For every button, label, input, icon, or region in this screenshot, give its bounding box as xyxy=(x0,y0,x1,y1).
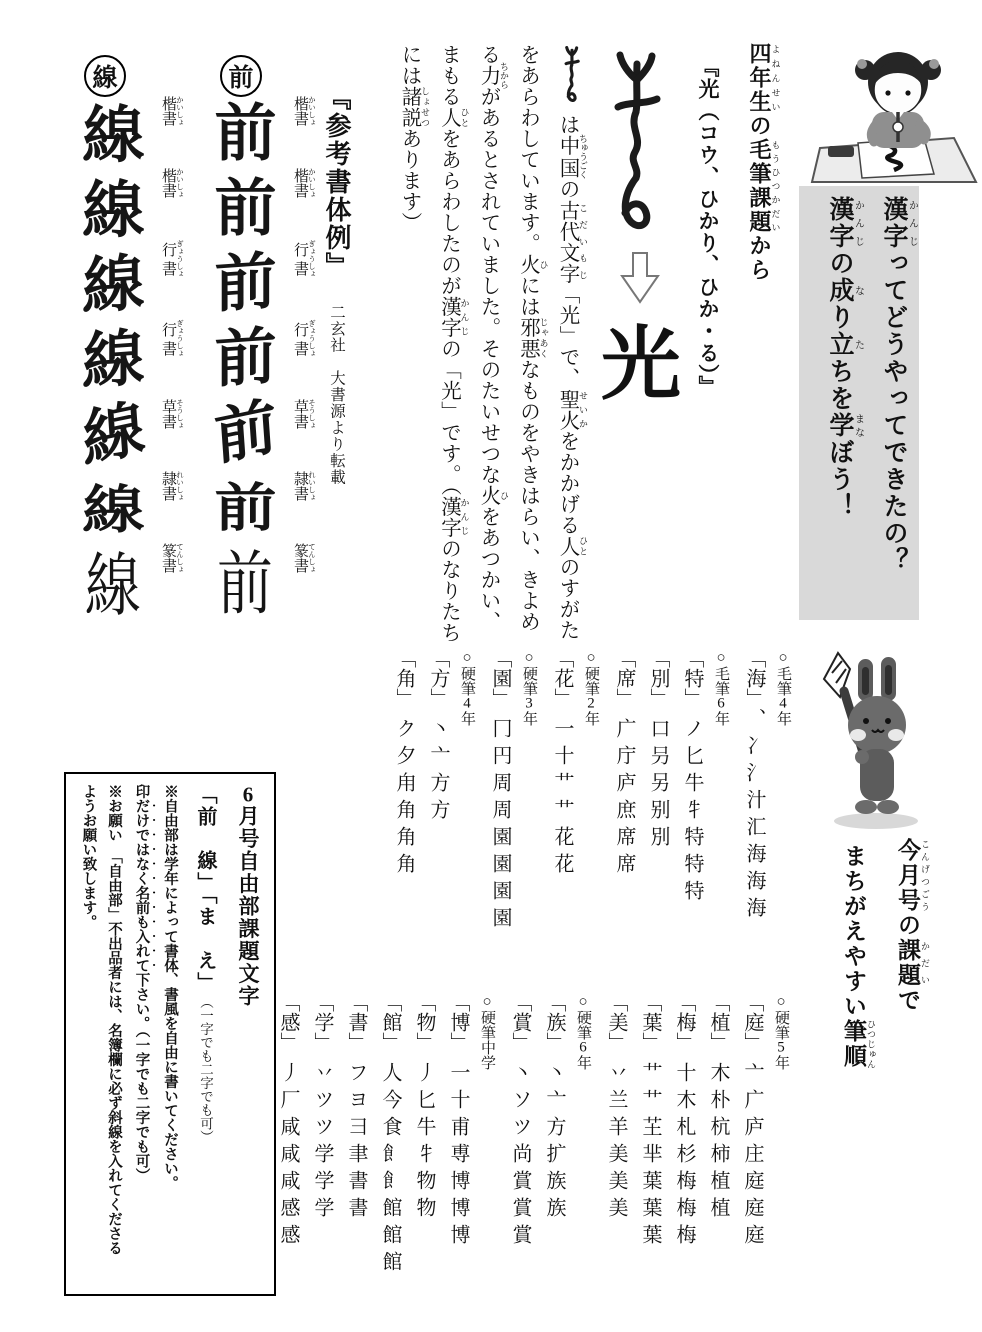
stroke-order-steps: 丷兰羊美美美 xyxy=(605,1062,627,1224)
main-headline-banner: 漢字かんじってどうやってできたの？ 漢字かんじの成なり立たちを学まなぼう！ xyxy=(799,186,919,620)
stroke-order-column: 「海」、冫氵汁汇海海海 xyxy=(738,648,770,998)
script-style-label: 楷書かいしょ xyxy=(292,168,308,198)
text-run: の xyxy=(747,114,772,138)
target-kanji: 「館」 xyxy=(379,992,401,1052)
circled-kanji-mae: 前 xyxy=(220,55,262,97)
stroke-order-column: 「庭」亠广庐庄庭庭庭 xyxy=(736,992,768,1332)
calligraphy-sample: 前 xyxy=(197,546,282,615)
assignment-kanji-title: 『光（コウ、ひかり、ひか・る）』 xyxy=(690,56,724,436)
stroke-order-steps: 丿厂咸咸咸感感 xyxy=(277,1062,299,1251)
stroke-order-column: 「特」ノ匕牛牜特特特 xyxy=(676,648,708,998)
oracle-bone-glyph-inline xyxy=(559,46,585,108)
ruby-text: 漢字かんじ xyxy=(826,196,854,250)
text-run: あります） xyxy=(398,128,420,233)
stroke-order-steps: ノ匕牛牜特特特 xyxy=(681,718,703,907)
grade-level-label: ○硬筆4年 xyxy=(456,650,478,998)
ruby-text: 立た xyxy=(826,331,854,358)
target-kanji: 「美」 xyxy=(605,992,627,1052)
calligraphy-samples-mae: 前前前前前前前 xyxy=(190,100,286,672)
stroke-order-column: 「角」ク夕甪角角角 xyxy=(388,648,420,998)
text-run: の「光」です。（ xyxy=(438,338,460,496)
target-kanji: 「葉」 xyxy=(639,992,661,1052)
target-kanji: 「方」 xyxy=(427,648,449,708)
stroke-order-column: 「博」一十甫尃博博博 xyxy=(442,992,474,1332)
stroke-order-column: 「学」丷ツツ学学学 xyxy=(306,992,338,1332)
assignment-note-1: ※自由部は学年によって書体、書風を自由に書いてください。印だけではなく名前も入れ… xyxy=(128,784,182,1284)
text-run: の xyxy=(556,179,578,200)
girl-calligraphy-illustration xyxy=(802,40,980,190)
text-run: 「光」で、 xyxy=(556,284,578,389)
text-run: をかかげる xyxy=(556,431,578,536)
script-style-label: 草書そうしょ xyxy=(292,399,308,429)
assignment-subject: 「前 線」「ま え」（一字でも二字でも可） xyxy=(184,784,226,1284)
script-style-label: 隷書れいしょ xyxy=(292,471,308,501)
text-run: ってどうやってできたの？ xyxy=(880,250,908,574)
paragraph-text: は中国ちゅうごくの古代文字こだいもじ「光」で、聖火せいかをかかげる人ひとのすがた… xyxy=(398,44,578,643)
ruby-text: 古代文字こだいもじ xyxy=(556,200,578,284)
calligraphy-sample: 前 xyxy=(192,175,286,237)
stroke-order-steps: 木朴杭柿植植 xyxy=(707,1062,729,1224)
ruby-text: 漢字かんじ xyxy=(880,196,908,250)
calligraphy-sample: 前 xyxy=(192,247,286,316)
reference-header-column: 『参考書体例』 二玄社 大書源より転載 xyxy=(316,84,356,650)
target-kanji: 「庭」 xyxy=(741,992,763,1052)
stroke-order-column: 「書」フヨ彐聿書書 xyxy=(340,992,372,1332)
stroke-order-column: 「族」丶亠方扩族族 xyxy=(538,992,570,1332)
calligraphy-sample: 線 xyxy=(60,324,154,393)
stroke-order-steps: 丶ソツ尚賞賞賞 xyxy=(509,1062,531,1251)
ruby-text: 毛筆課題もうひつかだい xyxy=(747,138,772,234)
down-arrow-icon xyxy=(620,252,660,304)
stroke-order-column: 「席」广庁庐庶席席 xyxy=(608,648,640,998)
source-line: 四年生よねんせいの毛筆課題もうひつかだいから xyxy=(742,42,781,352)
ruby-text: 成な xyxy=(826,277,854,304)
assignment-box-title: 6月号自由部課題文字 xyxy=(230,784,266,1284)
script-style-labels-sen: 楷書かいしょ楷書かいしょ行書ぎょうしょ行書ぎょうしょ草書そうしょ隷書れいしょ篆書… xyxy=(152,96,184,652)
target-kanji: 「賞」 xyxy=(509,992,531,1052)
stroke-order-column: 「方」丶亠方方 xyxy=(422,648,454,998)
stroke-order-column: 「花」一十艹艹花花 xyxy=(546,648,578,998)
text-run: の xyxy=(895,913,921,938)
assignment-subject-kanji: 「前 線」「ま え」 xyxy=(194,784,216,994)
reference-title: 『参考書体例』 xyxy=(322,84,351,280)
text-run: ぼう！ xyxy=(826,439,854,520)
target-kanji: 「角」 xyxy=(393,648,415,708)
text-run: 印 xyxy=(134,784,150,799)
ruby-text: 中国ちゅうごく xyxy=(556,135,578,179)
ruby-text: 今月号こんげつごう xyxy=(895,838,921,913)
target-kanji: 「海」 xyxy=(743,648,765,698)
script-style-label: 篆書てんしょ xyxy=(292,543,308,573)
calligraphy-sample: 前 xyxy=(192,100,286,162)
stroke-order-steps: 冂円周周園園園園 xyxy=(489,718,511,934)
script-style-label: 隷書れいしょ xyxy=(160,471,176,501)
headline-line-2: 漢字かんじの成なり立たちを学まなぼう！ xyxy=(815,196,865,610)
calligraphy-sample: 線 xyxy=(60,249,154,318)
text-run: の xyxy=(826,250,854,277)
calligraphy-sample: 前 xyxy=(190,391,288,472)
script-style-label: 行書ぎょうしょ xyxy=(292,320,308,358)
stroke-order-steps: フヨ彐聿書書 xyxy=(345,1062,367,1224)
calligraphy-sample: 線 xyxy=(65,548,150,617)
text-run: ※お願い 「自由部」不出品者には、名簿欄に必ず斜線を入れてくださる xyxy=(106,784,122,1255)
script-style-label: 行書ぎょうしょ xyxy=(160,240,176,278)
text-run: ※自由部は学年によって書体、書風を自由に書いてください。 xyxy=(162,784,178,1190)
calligraphy-samples-sen: 線線線線線線線 xyxy=(56,102,154,674)
stroke-order-band-top: ○毛筆4年「海」、冫氵汁汇海海海○毛筆6年「特」ノ匕牛牜特特特「別」口叧另别別「… xyxy=(380,648,800,998)
target-kanji: 「感」 xyxy=(277,992,299,1052)
grade-level-label: ○硬筆中学 xyxy=(476,994,498,1332)
stroke-order-column: 「梅」十木札杉梅梅梅 xyxy=(668,992,700,1332)
stroke-order-steps: 人今食飠飠館館館 xyxy=(379,1062,401,1278)
calligraphy-newsletter-page: 漢字かんじってどうやってできたの？ 漢字かんじの成なり立たちを学まなぼう！ 四年… xyxy=(0,0,982,1332)
stroke-order-steps: 一十艹艹花花 xyxy=(551,718,573,880)
calligraphy-sample: 前 xyxy=(192,480,286,532)
script-style-label: 篆書てんしょ xyxy=(160,543,176,573)
target-kanji: 「学」 xyxy=(311,992,333,1052)
assignment-box: 6月号自由部課題文字 「前 線」「ま え」（一字でも二字でも可） ※自由部は学年… xyxy=(64,772,276,1296)
target-kanji: 「席」 xyxy=(613,648,635,708)
stroke-order-column: 「園」冂円周周園園園園 xyxy=(484,648,516,998)
ruby-text: 人ひと xyxy=(556,536,578,557)
stroke-order-column: 「感」丿厂咸咸咸感感 xyxy=(272,992,304,1332)
script-style-label: 楷書かいしょ xyxy=(160,96,176,126)
text-run: まちがえやすい xyxy=(841,844,867,1019)
calligraphy-sample: 線 xyxy=(60,102,154,164)
stroke-order-steps: 丶亠方扩族族 xyxy=(543,1062,565,1224)
emphasized-text: だけではなく名前も入れて xyxy=(134,799,150,973)
target-kanji: 「花」 xyxy=(551,648,573,708)
ruby-text: 人ひと xyxy=(438,107,460,128)
ruby-text: 課題かだい xyxy=(895,938,921,988)
script-style-label: 楷書かいしょ xyxy=(160,168,176,198)
stroke-order-steps: 艹艹芏芈葉葉葉 xyxy=(639,1062,661,1251)
stroke-order-steps: ク夕甪角角角 xyxy=(393,718,415,880)
ruby-text: 聖火せいか xyxy=(556,389,578,431)
text-run: 下さい。（一字でも二字でも可） xyxy=(134,973,150,1183)
script-style-label: 草書そうしょ xyxy=(160,399,176,429)
stroke-order-column: 「別」口叧另别別 xyxy=(642,648,674,998)
text-run: り xyxy=(826,304,854,331)
ruby-text: 学まな xyxy=(826,412,854,439)
stroke-order-steps: 亠广庐庄庭庭庭 xyxy=(741,1062,763,1251)
text-run: で xyxy=(895,988,921,1013)
script-style-labels-mae: 楷書かいしょ楷書かいしょ行書ぎょうしょ行書ぎょうしょ草書そうしょ隷書れいしょ篆書… xyxy=(284,96,316,652)
stroke-order-header-line1: 今月号こんげつごうの課題かだいで xyxy=(890,838,930,1108)
target-kanji: 「書」 xyxy=(345,992,367,1052)
grade-level-label: ○硬筆2年 xyxy=(580,650,602,998)
text-run: をあらわしたのが xyxy=(438,128,460,296)
stroke-order-column: 「館」人今食飠飠館館館 xyxy=(374,992,406,1332)
ruby-text: 四年生よねんせい xyxy=(747,42,772,114)
rabbit-mascot-illustration xyxy=(818,645,930,835)
grade-level-label: ○硬筆6年 xyxy=(572,994,594,1332)
stroke-order-column: 「美」丷兰羊美美美 xyxy=(600,992,632,1332)
target-kanji: 「物」 xyxy=(413,992,435,1052)
origin-explanation-paragraph: は中国ちゅうごくの古代文字こだいもじ「光」で、聖火せいかをかかげる人ひとのすがた… xyxy=(386,44,588,650)
stroke-order-column: 「葉」艹艹芏芈葉葉葉 xyxy=(634,992,666,1332)
text-run: は xyxy=(556,114,578,135)
calligraphy-sample: 線 xyxy=(58,393,156,474)
circled-kanji-sen: 線 xyxy=(84,55,126,97)
script-style-label: 行書ぎょうしょ xyxy=(160,320,176,358)
grade-level-label: ○硬筆3年 xyxy=(518,650,540,998)
text-run: ちを xyxy=(826,358,854,412)
target-kanji: 「別」 xyxy=(647,648,669,708)
calligraphy-sample: 線 xyxy=(60,177,154,239)
modern-kanji: 光 xyxy=(596,300,686,415)
script-style-label: 行書ぎょうしょ xyxy=(292,240,308,278)
headline-line-1: 漢字かんじってどうやってできたの？ xyxy=(869,196,919,610)
stroke-order-steps: 口叧另别別 xyxy=(647,718,669,853)
stroke-order-steps: 、冫氵汁汇海海海 xyxy=(743,708,765,924)
text-run: があるとされていました。そのたいせつな xyxy=(477,86,499,485)
grade-level-label: ○毛筆4年 xyxy=(772,650,794,998)
stroke-order-steps: 一十甫尃博博博 xyxy=(447,1062,469,1251)
calligraphy-sample: 前 xyxy=(192,322,286,391)
ruby-text: 邪悪じゃあく xyxy=(517,317,539,359)
reference-credit: 二玄社 大書源より転載 xyxy=(328,304,345,486)
stroke-order-column: 「植」木朴杭柿植植 xyxy=(702,992,734,1332)
script-style-label: 楷書かいしょ xyxy=(292,96,308,126)
stroke-order-header-line2: まちがえやすい筆順ひつじゅん xyxy=(836,844,876,1134)
target-kanji: 「園」 xyxy=(489,648,511,708)
target-kanji: 「梅」 xyxy=(673,992,695,1052)
ruby-text: 漢字かんじ xyxy=(438,296,460,338)
ruby-text: 力ちから xyxy=(477,65,499,86)
assignment-note-2: ※お願い 「自由部」不出品者には、名簿欄に必ず斜線を入れてくださるようお願い致し… xyxy=(75,784,126,1284)
target-kanji: 「特」 xyxy=(681,648,703,708)
text-run: には xyxy=(517,275,539,317)
ruby-text: 筆順ひつじゅん xyxy=(841,1019,867,1069)
assignment-subject-note: （一字でも二字でも可） xyxy=(198,1002,213,1144)
target-kanji: 「族」 xyxy=(543,992,565,1052)
stroke-order-steps: 十木札杉梅梅梅 xyxy=(673,1062,695,1251)
target-kanji: 「博」 xyxy=(447,992,469,1052)
ruby-text: 諸説しょせつ xyxy=(398,86,420,128)
stroke-order-steps: 丿匕牛牜物物 xyxy=(413,1062,435,1224)
grade-level-label: ○硬筆5年 xyxy=(770,994,792,1332)
stroke-order-steps: 丶亠方方 xyxy=(427,718,449,826)
oracle-bone-glyph xyxy=(606,50,668,250)
ruby-text: 火ひ xyxy=(517,254,539,275)
grade-level-label: ○毛筆6年 xyxy=(710,650,732,998)
calligraphy-sample: 線 xyxy=(60,482,154,534)
text-run: から xyxy=(747,234,772,282)
target-kanji: 「植」 xyxy=(707,992,729,1052)
stroke-order-steps: 广庁庐庶席席 xyxy=(613,718,635,880)
stroke-order-column: 「物」丿匕牛牜物物 xyxy=(408,992,440,1332)
ruby-text: 漢字かんじ xyxy=(438,496,460,538)
text-run: ようお願い致します。 xyxy=(81,784,97,929)
stroke-order-band-bottom: ○硬筆5年「庭」亠广庐庄庭庭庭「植」木朴杭柿植植「梅」十木札杉梅梅梅「葉」艹艹芏… xyxy=(264,992,798,1332)
ruby-text: 火ひ xyxy=(477,485,499,506)
stroke-order-steps: 丷ツツ学学学 xyxy=(311,1062,333,1224)
stroke-order-column: 「賞」丶ソツ尚賞賞賞 xyxy=(504,992,536,1332)
